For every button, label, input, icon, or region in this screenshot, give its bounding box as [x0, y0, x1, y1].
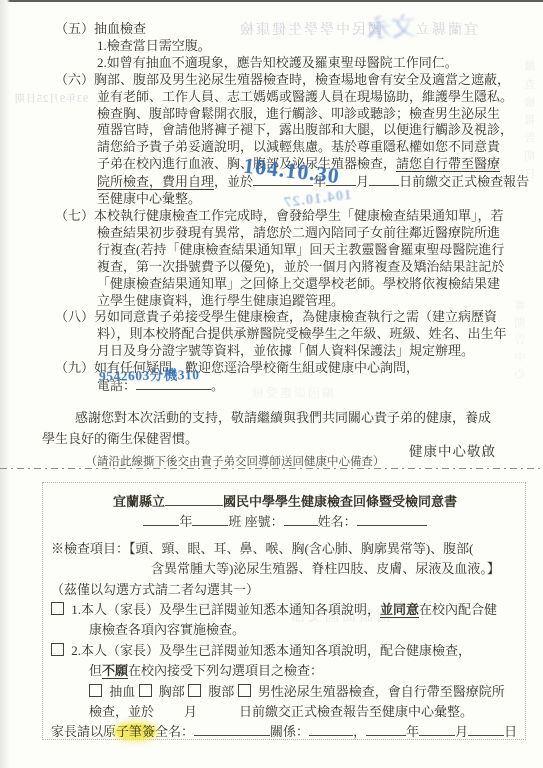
- text-line: 含異常腫大等)泌尿生殖器、脊柱四肢、皮膚、尿液及血液。】: [51, 559, 519, 579]
- text-segment: 2.本人（家長）及學生已詳閱並知悉本通知各項說明，配合健康檢查，: [68, 643, 471, 658]
- text-segment: 含異常腫大等)泌尿生殖器、脊柱四肢、皮膚、尿液及血液。】: [151, 561, 500, 576]
- blank-underline: [309, 723, 353, 736]
- text-segment: 但: [89, 663, 102, 678]
- notice-body: （五）抽血檢查1.檢查當日需空腹。2.如曾有抽血不適現象，應告知校護及羅東聖母醫…: [55, 21, 507, 395]
- bleedthrough-right-column-2: 專期告中心: [513, 300, 529, 385]
- text-segment: 在校內配合健: [419, 602, 497, 617]
- text-line: （八）另如同意貴子弟接受學生健康檢查，為健康檢查執行之需（建立病歷資: [55, 309, 507, 326]
- text-line: 2.本人（家長）及學生已詳閱並知悉本通知各項說明，配合健康檢查，: [51, 641, 519, 661]
- text-line: 1.本人（家長）及學生已詳閱並知悉本通知各項說明，並同意在校內配合健: [51, 600, 519, 620]
- text-line: 家長請以原子筆簽全名：關係：，年月日: [51, 722, 519, 742]
- text-segment: 2.如曾有抽血不適現象，應告知校護及羅東聖母醫院工作同仁。: [97, 55, 458, 70]
- checkbox-glyph: [188, 684, 201, 697]
- blank-underline: [366, 723, 406, 736]
- blank-underline: [192, 513, 228, 526]
- text-segment: 康檢查各項內容實施檢查。: [89, 622, 245, 637]
- scan-edge-artifact-left: [0, 0, 10, 768]
- text-segment: （七）本校執行健康檢查工作完成時，會發給學生「健康檢查結果通知單」，若: [55, 208, 504, 223]
- text-line: 2.如曾有抽血不適現象，應告知校護及羅東聖母醫院工作同仁。: [55, 55, 507, 72]
- text-segment: （六）胸部、腹部及男生泌尿生殖器檢查時，檢查場地會有安全及適當之遮蔽，: [55, 72, 510, 87]
- blank-underline: [194, 723, 270, 736]
- text-segment: 月日及身分證字號等資料，並依據「個人資料保護法」規定辦理。: [97, 343, 474, 358]
- text-line: （五）抽血檢查: [55, 21, 507, 38]
- text-segment: 「健康檢查結果通知單」之回條上交還學校老師。學校將依複檢結果建: [97, 276, 500, 291]
- text-line: 宜蘭縣立國民中學學生健康檢查回條暨受檢同意書: [51, 492, 519, 512]
- text-segment: 年: [406, 724, 419, 739]
- text-line: 檢查，並於月日前繳交正式檢查報告至健康中心彙整。: [51, 702, 519, 722]
- text-segment: 家長請以原: [51, 724, 116, 739]
- tear-line-note: （請沿此線撕下後交由貴子弟交回導師送回健康中心備查）: [0, 453, 470, 469]
- text-line: 「健康檢查結果通知單」之回條上交還學校老師。學校將依複檢結果建: [55, 276, 507, 293]
- checkbox-glyph: [51, 602, 64, 615]
- text-segment: 並有老師、工作人員、志工媽媽或醫護人員在現場協助，維護學生隱私。: [97, 89, 513, 104]
- text-line: 殖器官時，會請他將褲子褪下，露出腹部和大腿，以便進行觸診及視診，: [55, 122, 507, 139]
- checkbox-glyph: [238, 684, 251, 697]
- text-segment: 日: [504, 724, 517, 739]
- text-line: 料），則本校將配合提供承辦醫院受檢學生之年級、班級、姓名、出生年: [55, 326, 507, 343]
- blank-underline: [357, 513, 427, 526]
- text-segment: 。: [211, 378, 224, 393]
- text-segment: 至健康中心彙整。: [97, 191, 201, 206]
- text-segment: 關係：: [270, 724, 309, 739]
- text-segment: 日前繳交正式檢查報告至健康中心彙整。: [239, 704, 473, 719]
- text-segment: 班 座號：: [228, 514, 283, 529]
- text-line: 抽血 胸部 腹部 男性泌尿生殖器檢查，會自行帶至醫療院所: [51, 682, 519, 702]
- text-line: （茲僅以勾選方式請二者勾選其一）: [51, 580, 519, 600]
- text-line: 但不願在校內接受下列勾選項目之檢查：: [51, 661, 519, 681]
- blank-underline: [369, 173, 399, 186]
- text-segment: 請您自行帶至醫療: [396, 156, 500, 172]
- text-segment: 料），則本校將配合提供承辦醫院受檢學生之年級、班級、姓名、出生年: [97, 326, 507, 341]
- text-segment: 檢查胸、腹部時會鬆開衣服，進行觸診、叩診或聽診；檢查男生泌尿生: [97, 106, 500, 121]
- text-segment: 殖器官時，會請他將褲子褪下，露出腹部和大腿，以便進行觸診及視診，: [97, 122, 513, 137]
- text-segment: 國民中學學生健康檢查回條暨受檢同意書: [223, 494, 457, 509]
- text-segment: 在校內接受下列勾選項目之檢查：: [128, 663, 323, 678]
- text-segment: 宜蘭縣立: [113, 494, 165, 509]
- text-segment: ，: [353, 724, 366, 739]
- text-segment: 請您給予貴子弟妥適說明，以減輕焦慮。基於尊重隱私權如您不同意貴: [97, 139, 500, 154]
- checkbox-glyph: [89, 684, 102, 697]
- text-line: 月日及身分證字號等資料，並依據「個人資料保護法」規定辦理。: [55, 343, 507, 360]
- blank-underline: [468, 723, 504, 736]
- checkbox-glyph: [51, 643, 64, 656]
- text-segment: ※檢查項目：【頭、頸、眼、耳、鼻、喉、胸(含心肺、胸廓異常等)、腹部(: [51, 541, 474, 556]
- blank-gap: [154, 715, 184, 716]
- return-slip-content: 宜蘭縣立國民中學學生健康檢查回條暨受檢同意書年班 座號：姓名：※檢查項目：【頭、…: [43, 483, 525, 743]
- text-line: 請您給予貴子弟妥適說明，以減輕焦慮。基於尊重隱私權如您不同意貴: [55, 139, 507, 156]
- text-line: 檢查結果初步發現有異常，請您於二週內陪同子女前往鄰近醫療院所進: [55, 225, 507, 242]
- text-segment: 月: [356, 174, 369, 189]
- text-line: 1.檢查當日需空腹。: [55, 38, 507, 55]
- bleedthrough-right-column: 繳查檢報告期日: [523, 60, 539, 186]
- text-line: 立學生健康資料，進行學生健康追蹤管理。: [55, 293, 507, 310]
- text-segment: 行複查(若持「健康檢查結果通知單」回天主教靈醫會羅東聖母醫院進行: [97, 242, 504, 257]
- text-line: 行複查(若持「健康檢查結果通知單」回天主教靈醫會羅東聖母醫院進行: [55, 242, 507, 259]
- text-segment: 檢查結果初步發現有異常，請您於二週內陪同子女前往鄰近醫療院所進: [97, 225, 500, 240]
- text-segment: （五）抽血檢查: [55, 21, 146, 36]
- text-line: 複查，第一次掛號費予以優免)，並於一個月內將複查及矯治結果註記於: [55, 259, 507, 276]
- text-line: 感謝您對本次活動的支持，敬請繼續與我們共同關心貴子弟的健康，養成: [42, 407, 504, 428]
- text-line: （七）本校執行健康檢查工作完成時，會發給學生「健康檢查結果通知單」，若: [55, 208, 507, 225]
- return-slip-consent-box: 宜蘭縣立國民中學學生健康檢查回條暨受檢同意書年班 座號：姓名：※檢查項目：【頭、…: [42, 482, 526, 740]
- text-segment: 年: [179, 514, 192, 529]
- phone-number-stamp: 9542603分機310: [99, 363, 200, 385]
- text-segment: （茲僅以勾選方式請二者勾選其一）: [51, 582, 259, 597]
- tear-dashed-line: [0, 468, 543, 469]
- text-segment: 胸部: [156, 684, 189, 699]
- text-segment: 子筆簽: [116, 724, 155, 739]
- blank-underline: [165, 493, 223, 506]
- text-segment: 腹部: [205, 684, 238, 699]
- text-segment: 檢查，並於: [89, 704, 154, 719]
- text-segment: 院所檢查，費用自理: [97, 174, 214, 190]
- text-segment: 感謝您對本次活動的支持，敬請繼續與我們共同關心貴子弟的健康，養成: [75, 410, 491, 425]
- text-line: 至健康中心彙整。: [55, 191, 507, 208]
- text-line: 年班 座號：姓名：: [51, 512, 519, 532]
- text-segment: 全名：: [155, 724, 194, 739]
- text-segment: 月: [184, 704, 197, 719]
- text-segment: 立學生健康資料，進行學生健康追蹤管理。: [97, 293, 344, 308]
- text-line: 並有老師、工作人員、志工媽媽或醫護人員在現場協助，維護學生隱私。: [55, 89, 507, 106]
- text-segment: 姓名：: [318, 514, 357, 529]
- blank-underline: [143, 513, 179, 526]
- text-segment: 抽血: [106, 684, 139, 699]
- text-segment: 1.檢查當日需空腹。: [97, 38, 211, 53]
- text-segment: 學生良好的衛生保健習慣。: [42, 431, 198, 446]
- text-segment: 日前繳交正式檢查報告: [399, 174, 529, 189]
- text-segment: 月: [455, 724, 468, 739]
- text-line: 康檢查各項內容實施檢查。: [51, 620, 519, 640]
- scanned-health-check-notice-page: 宜蘭縣立 國民中學學生健康檢 文永 104.10.27 93年9月25日期 繳查…: [0, 0, 543, 768]
- text-line: （六）胸部、腹部及男生泌尿生殖器檢查時，檢查場地會有安全及適當之遮蔽，: [55, 72, 507, 89]
- blank-gap: [197, 715, 239, 716]
- text-segment: 男性泌尿生殖器檢查，會自行帶至醫療院所: [255, 684, 505, 699]
- text-line: 檢查胸、腹部時會鬆開衣服，進行觸診、叩診或聽診；檢查男生泌尿生: [55, 106, 507, 123]
- text-segment: 不願: [102, 663, 128, 679]
- scan-edge-artifact-top: [6, 0, 543, 2]
- checkbox-glyph: [139, 684, 152, 697]
- blank-underline: [419, 723, 455, 736]
- text-segment: （八）另如同意貴子弟接受學生健康檢查，為健康檢查執行之需（建立病歷資: [55, 309, 497, 324]
- text-segment: 複查，第一次掛號費予以優免)，並於一個月內將複查及矯治結果註記於: [97, 259, 504, 274]
- text-segment: 並同意: [380, 602, 419, 618]
- text-line: ※檢查項目：【頭、頸、眼、耳、鼻、喉、胸(含心肺、胸廓異常等)、腹部(: [51, 539, 519, 559]
- blank-underline: [284, 513, 318, 526]
- text-segment: 1.本人（家長）及學生已詳閱並知悉本通知各項說明，: [68, 602, 380, 617]
